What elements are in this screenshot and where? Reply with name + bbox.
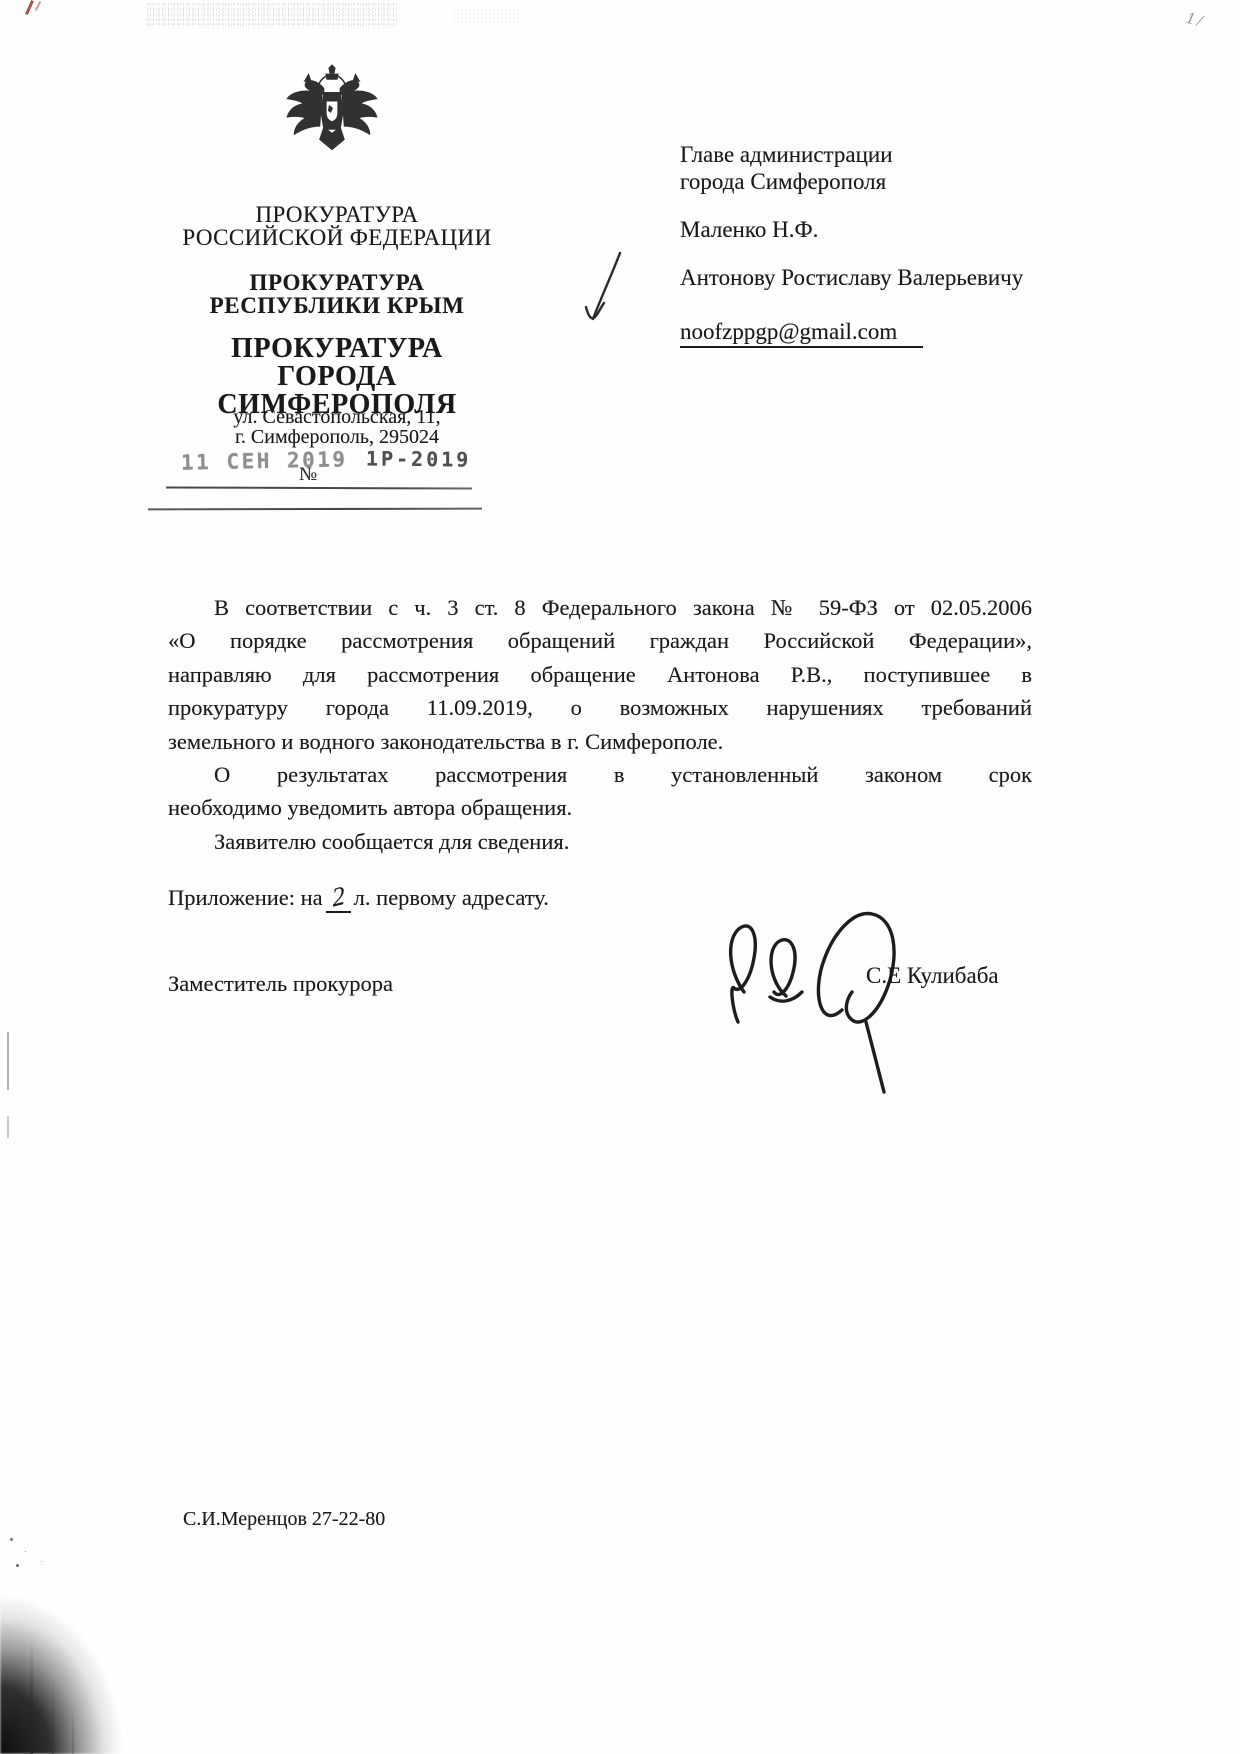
text-line: О результатах рассмотрения в установленн… bbox=[168, 758, 1032, 791]
letterhead-org-republic: ПРОКУРАТУРА РЕСПУБЛИКИ КРЫМ bbox=[170, 271, 504, 317]
coat-of-arms-icon bbox=[281, 64, 383, 172]
scan-noise-strip bbox=[146, 2, 398, 28]
attachment-prefix: Приложение: на bbox=[168, 885, 323, 910]
outgoing-number-stamp: 1Р-2019 bbox=[366, 446, 472, 471]
address-line2: г. Симферополь, 295024 bbox=[170, 427, 504, 447]
org-federal-line1: ПРОКУРАТУРА bbox=[170, 203, 504, 226]
scan-corner-smudge bbox=[0, 1566, 128, 1754]
signer-name: С.Е Кулибаба bbox=[866, 963, 999, 989]
addressee-email-text: noofzppgp@gmail.com bbox=[680, 319, 923, 348]
incoming-date-stamp: 11 СЕН 2019 bbox=[181, 447, 348, 474]
org-federal-line2: РОССИЙСКОЙ ФЕДЕРАЦИИ bbox=[170, 226, 504, 249]
addressee-name-secondary: Антонову Ростиславу Валерьевичу bbox=[680, 264, 1023, 291]
attachment-suffix: л. первому адресату. bbox=[354, 885, 549, 910]
red-pen-tick bbox=[25, 0, 34, 15]
scan-speckles bbox=[10, 1538, 13, 1541]
text-line: В соответствии с ч. 3 ст. 8 Федерального… bbox=[168, 591, 1032, 624]
handwritten-checkmark-icon bbox=[583, 250, 625, 332]
addressee-title-line1: Главе администрации bbox=[680, 141, 893, 168]
addressee-title-line2: города Симферополя bbox=[680, 168, 893, 195]
text-line: Заявителю сообщается для сведения. bbox=[168, 825, 1032, 858]
signer-position: Заместитель прокурора bbox=[168, 971, 393, 997]
letterhead-rule-top bbox=[166, 486, 472, 489]
margin-scan-line-short bbox=[7, 1116, 9, 1138]
executor-contact: С.И.Меренцов 27-22-80 bbox=[183, 1508, 385, 1531]
attachment-pages-handwritten: 2 bbox=[331, 885, 346, 908]
scan-noise-speck bbox=[452, 8, 522, 24]
addressee-name-primary: Маленко Н.Ф. bbox=[680, 216, 818, 243]
text-line: «О порядке рассмотрения обращений гражда… bbox=[168, 624, 1032, 657]
scan-streak bbox=[72, 1708, 74, 1754]
text-line: направляю для рассмотрения обращение Ант… bbox=[168, 658, 1032, 691]
org-city-line1: ПРОКУРАТУРА bbox=[170, 335, 504, 363]
text-line: земельного и водного законодательства в … bbox=[168, 725, 1032, 758]
attachment-line: Приложение: на2л. первому адресату. bbox=[168, 885, 549, 913]
org-republic-line1: ПРОКУРАТУРА bbox=[170, 271, 504, 294]
text-line: необходимо уведомить автора обращения. bbox=[168, 791, 1032, 824]
org-republic-line2: РЕСПУБЛИКИ КРЫМ bbox=[170, 294, 504, 317]
number-sign: № bbox=[299, 464, 317, 486]
address-line1: ул. Севастопольская, 11, bbox=[170, 407, 504, 427]
scan-streak bbox=[30, 1638, 33, 1754]
margin-scan-line bbox=[7, 1032, 9, 1090]
scanned-letter-page: 1/ bbox=[0, 0, 1240, 1754]
addressee-email: noofzppgp@gmail.com bbox=[680, 318, 923, 345]
scan-streak bbox=[52, 1678, 54, 1754]
attachment-pages-underline: 2 bbox=[326, 885, 351, 913]
handwritten-corner-mark: 1/ bbox=[1184, 8, 1208, 32]
red-pen-tick-small bbox=[35, 1, 41, 11]
body-paragraph-1: В соответствии с ч. 3 ст. 8 Федерального… bbox=[168, 591, 1032, 758]
signature-scrawl-icon bbox=[700, 900, 915, 1098]
addressee-title: Главе администрации города Симферополя bbox=[680, 141, 893, 195]
letterhead-rule-bottom bbox=[148, 508, 482, 511]
letter-body: В соответствии с ч. 3 ст. 8 Федерального… bbox=[168, 591, 1032, 858]
letterhead-address: ул. Севастопольская, 11, г. Симферополь,… bbox=[170, 407, 504, 447]
body-paragraph-3: Заявителю сообщается для сведения. bbox=[168, 825, 1032, 858]
text-line: прокуратуру города 11.09.2019, о возможн… bbox=[168, 691, 1032, 724]
letterhead-org-federal: ПРОКУРАТУРА РОССИЙСКОЙ ФЕДЕРАЦИИ bbox=[170, 203, 504, 249]
body-paragraph-2: О результатах рассмотрения в установленн… bbox=[168, 758, 1032, 825]
